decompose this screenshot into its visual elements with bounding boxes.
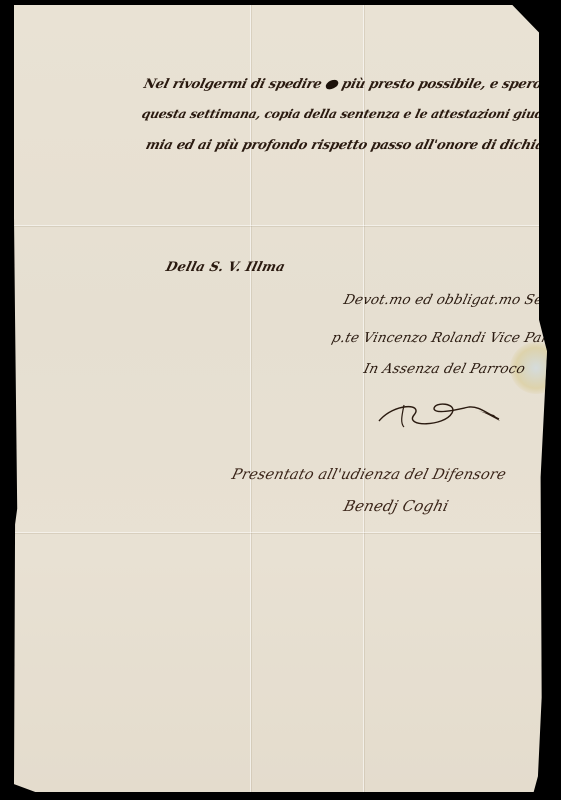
scan-frame: Nel rivolgermi di spedire più presto pos… xyxy=(0,0,561,800)
signature-flourish-icon xyxy=(374,393,504,433)
body-line-3: mia ed ai più profondo rispetto passo al… xyxy=(144,138,561,153)
body-line-2: questa settimana, copia della sentenza e… xyxy=(140,107,561,121)
vertical-fold-line xyxy=(250,5,251,792)
signature-line-1: Devot.mo ed obbligat.mo Servo xyxy=(342,292,561,308)
vertical-fold-line xyxy=(363,5,364,792)
ink-blot-icon xyxy=(324,78,338,92)
horizontal-fold-line xyxy=(14,532,547,533)
horizontal-fold-line xyxy=(14,225,547,226)
body-text: Nel rivolgermi di spedire xyxy=(142,77,323,92)
annotation-line-2: Benedj Coghi xyxy=(342,497,451,515)
letter-paper: Nel rivolgermi di spedire più presto pos… xyxy=(14,5,547,792)
signature-line-2: p.te Vincenzo Rolandi Vice Parroco xyxy=(330,330,561,346)
body-line-1: Nel rivolgermi di spedire più presto pos… xyxy=(142,77,561,92)
salutation: Della S. V. Illma xyxy=(164,260,286,275)
annotation-line-1: Presentato all'udienza del Difensore xyxy=(230,467,508,483)
signature-line-3: In Assenza del Parroco xyxy=(362,361,527,377)
body-text: più presto possibile, e spero prima dell… xyxy=(340,77,561,92)
